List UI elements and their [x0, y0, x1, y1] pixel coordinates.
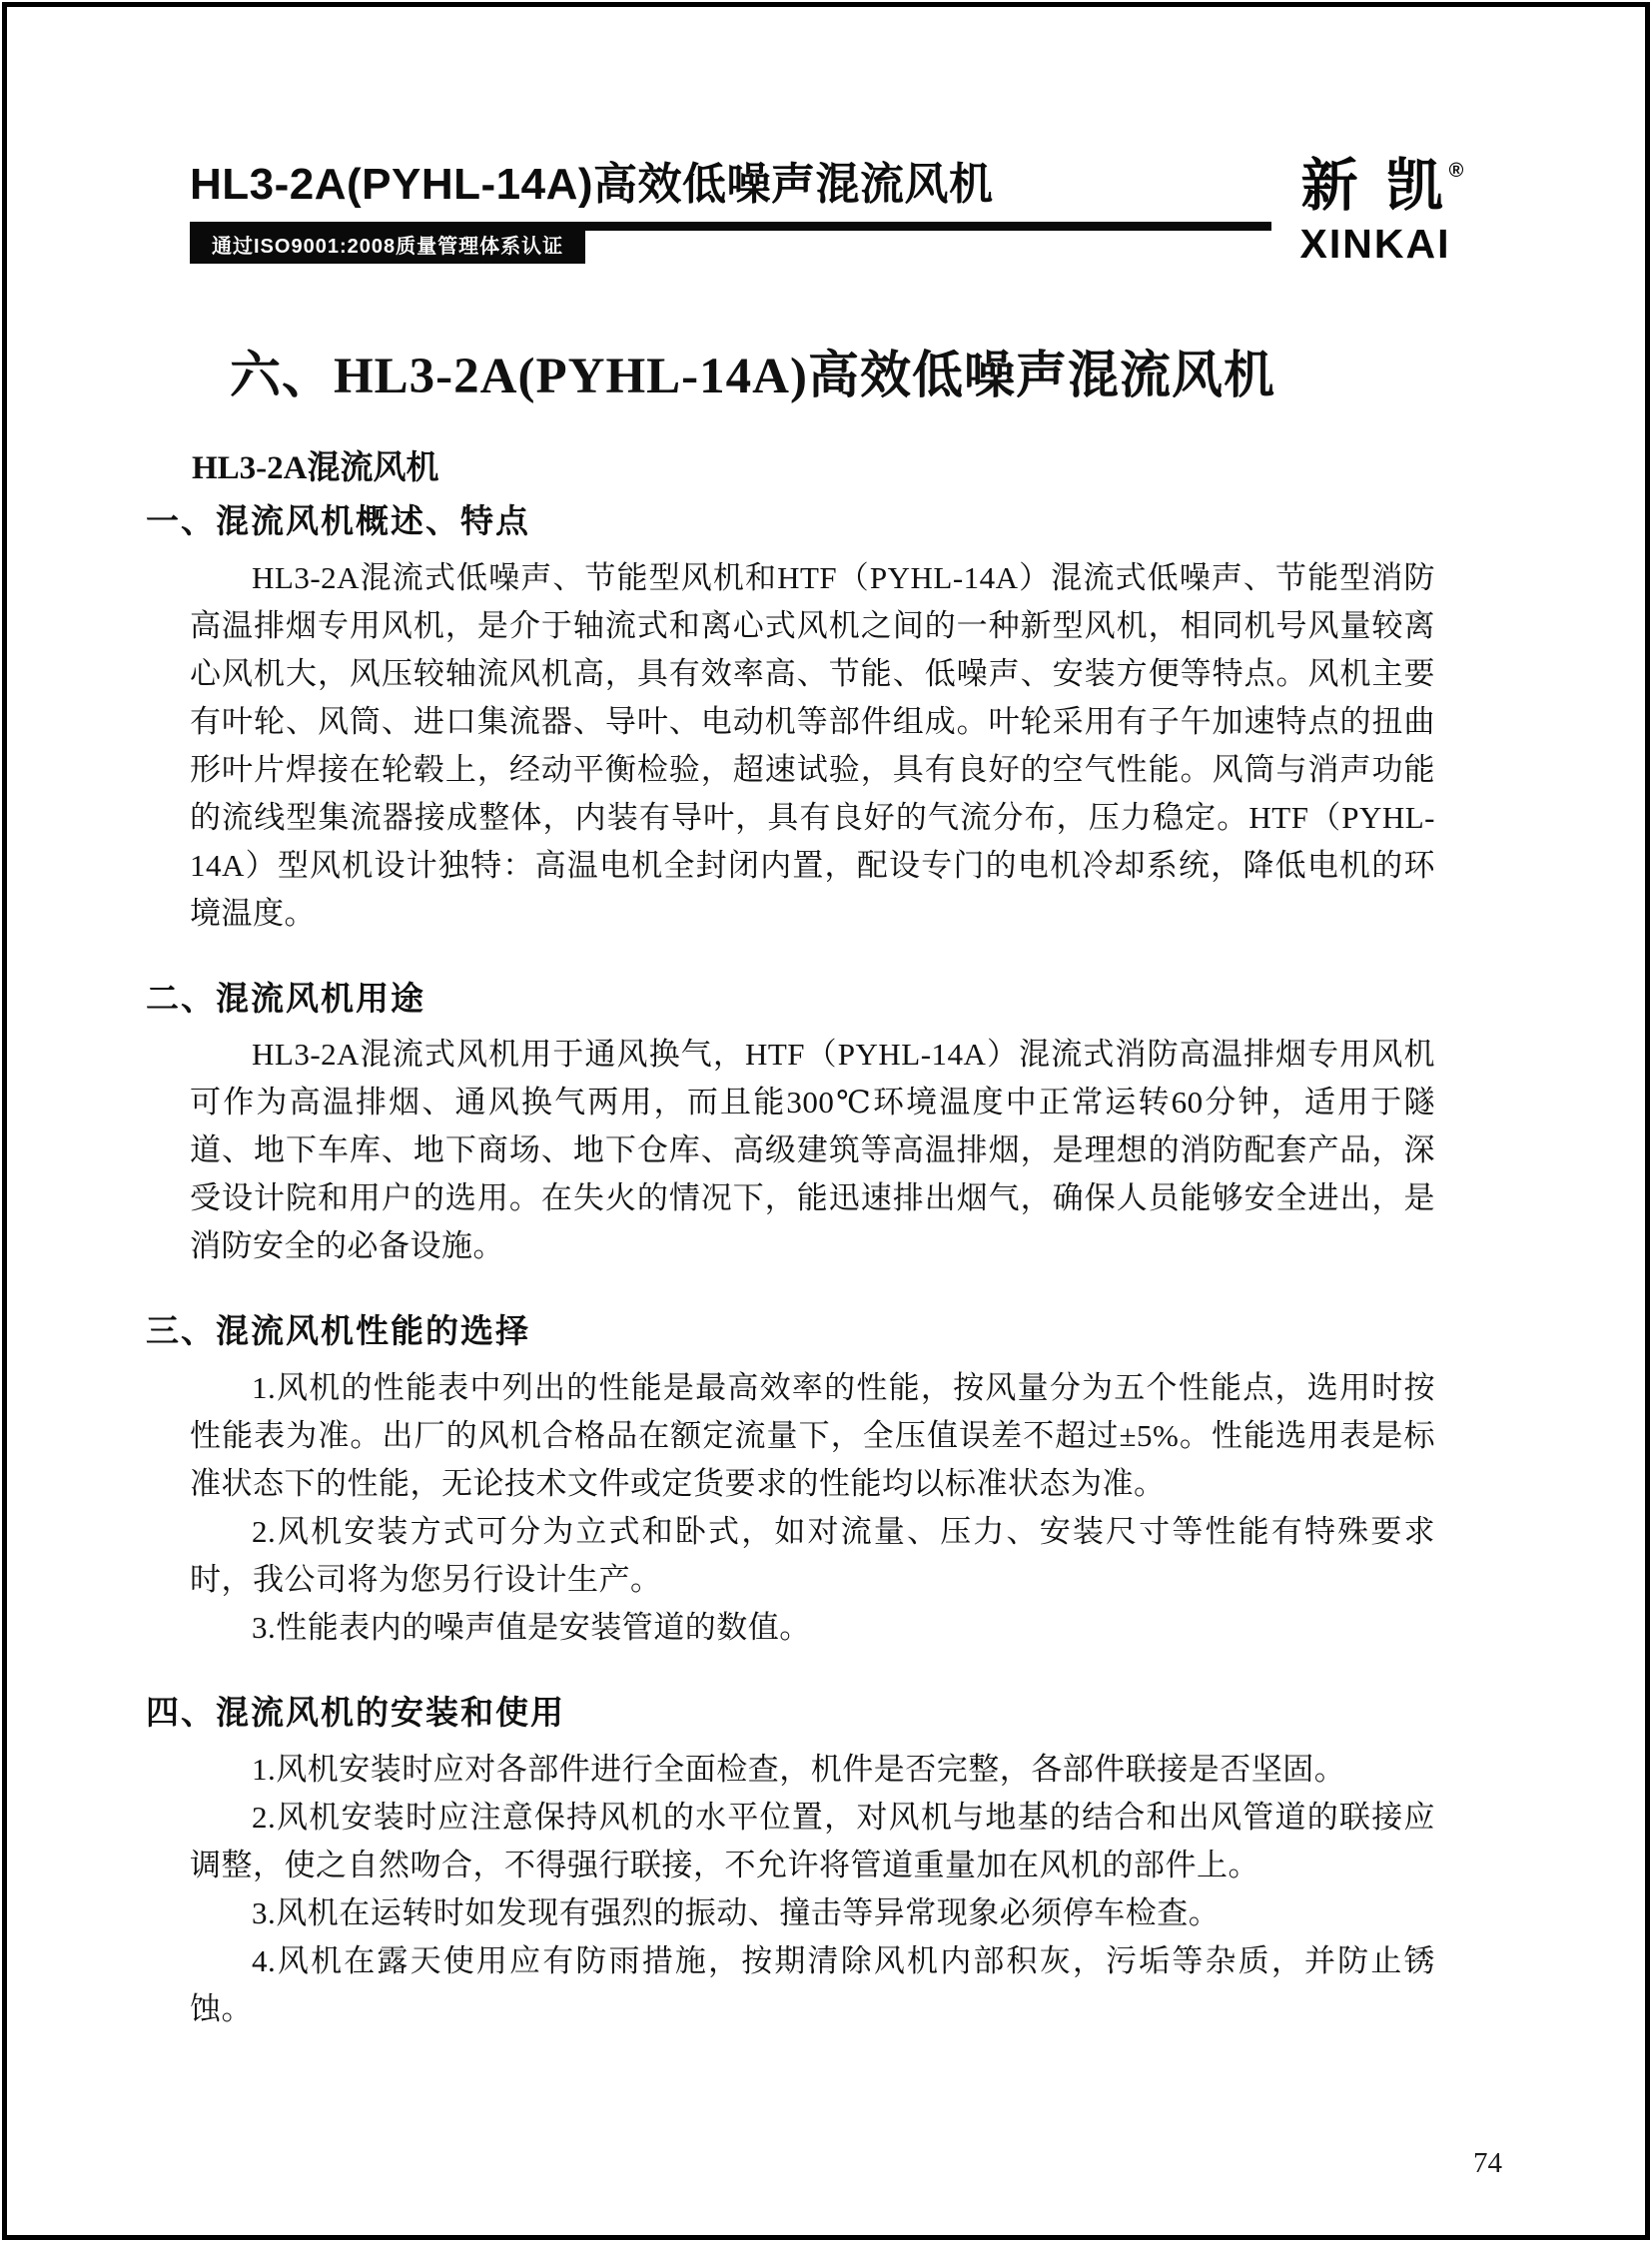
section-heading-performance-selection: 三、混流风机性能的选择 — [146, 1314, 1435, 1352]
product-subtitle: HL3-2A混流风机 — [192, 450, 1435, 488]
paragraph-performance-3: 3.性能表内的噪声值是安装管道的数值。 — [190, 1604, 1435, 1652]
paragraph-performance-2: 2.风机安装方式可分为立式和卧式，如对流量、压力、安装尺寸等性能有特殊要求时，我… — [190, 1508, 1435, 1604]
paragraph-installation-3: 3.风机在运转时如发现有强烈的振动、撞击等异常现象必须停车检查。 — [190, 1889, 1435, 1937]
paragraph-usage: HL3-2A混流式风机用于通风换气，HTF（PYHL-14A）混流式消防高温排烟… — [190, 1031, 1435, 1270]
section-heading-overview: 一、混流风机概述、特点 — [146, 504, 1435, 542]
catalog-page: HL3-2A(PYHL-14A)高效低噪声混流风机 通过ISO9001:2008… — [0, 0, 1652, 2242]
paragraph-installation-1: 1.风机安装时应对各部件进行全面检查，机件是否完整，各部件联接是否坚固。 — [190, 1746, 1435, 1794]
registered-trademark-icon: ® — [1449, 160, 1464, 182]
paragraph-overview: HL3-2A混流式低噪声、节能型风机和HTF（PYHL-14A）混流式低噪声、节… — [190, 554, 1435, 938]
logo-chinese-text: 新凯 — [1301, 154, 1471, 218]
paragraph-installation-4: 4.风机在露天使用应有防雨措施，按期清除风机内部积灰，污垢等杂质，并防止锈蚀。 — [190, 1937, 1435, 2033]
section-heading-installation: 四、混流风机的安装和使用 — [146, 1696, 1435, 1734]
logo-chinese: 新凯® — [1284, 158, 1480, 215]
page-title: 六、HL3-2A(PYHL-14A)高效低噪声混流风机 — [230, 348, 1435, 406]
header-rule — [190, 222, 1271, 231]
iso-certification-badge: 通过ISO9001:2008质量管理体系认证 — [190, 231, 585, 264]
section-heading-usage: 二、混流风机用途 — [146, 982, 1435, 1020]
document-body: 六、HL3-2A(PYHL-14A)高效低噪声混流风机 HL3-2A混流风机 一… — [190, 348, 1435, 2033]
paragraph-installation-2: 2.风机安装时应注意保持风机的水平位置，对风机与地基的结合和出风管道的联接应调整… — [190, 1794, 1435, 1889]
paragraph-performance-1: 1.风机的性能表中列出的性能是最高效率的性能，按风量分为五个性能点，选用时按性能… — [190, 1364, 1435, 1508]
company-logo: 新凯® XINKAI — [1270, 158, 1480, 265]
running-header-title: HL3-2A(PYHL-14A)高效低噪声混流风机 — [190, 163, 994, 207]
logo-english: XINKAI — [1270, 224, 1480, 265]
page-number: 74 — [1473, 2149, 1502, 2178]
